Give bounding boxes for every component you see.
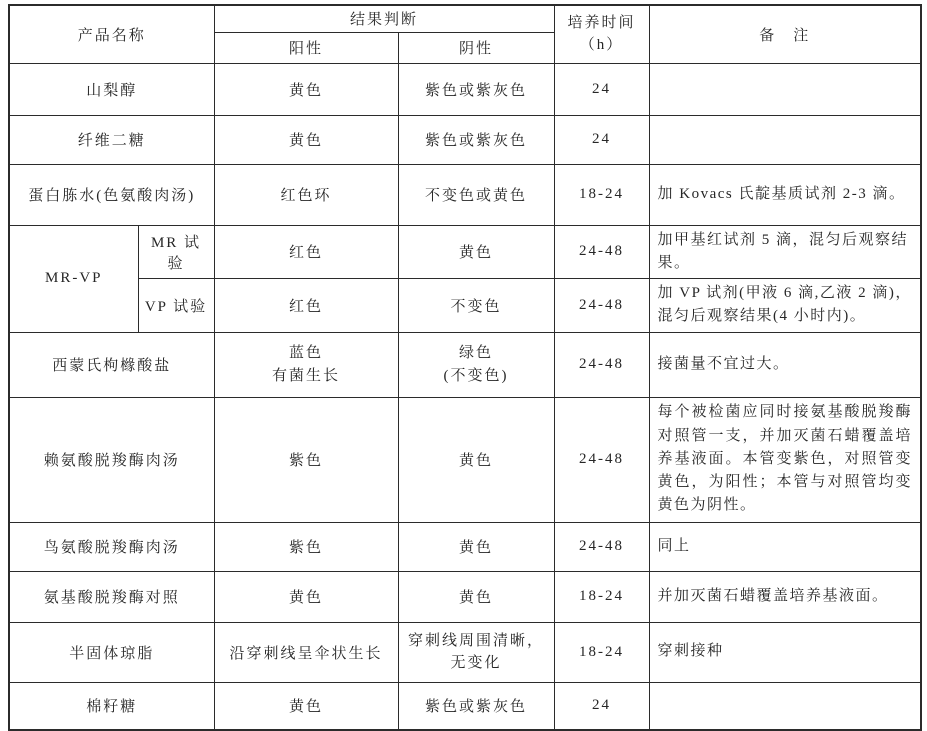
cell-negative: 不变色或黄色	[398, 164, 554, 225]
cell-negative-line2: (不变色)	[403, 365, 550, 388]
table-row: 鸟氨酸脱羧酶肉汤 紫色 黄色 24-48 同上	[9, 522, 921, 571]
cell-remark	[649, 115, 921, 164]
cell-positive: 黄色	[214, 115, 398, 164]
table-row: 半固体琼脂 沿穿刺线呈伞状生长 穿刺线周围清晰， 无变化 18-24 穿刺接种	[9, 622, 921, 682]
cell-positive-line2: 有菌生长	[219, 365, 394, 388]
table-row: 纤维二糖 黄色 紫色或紫灰色 24	[9, 115, 921, 164]
table-row: 山梨醇 黄色 紫色或紫灰色 24	[9, 63, 921, 115]
cell-product-name: 氨基酸脱羧酶对照	[9, 571, 214, 622]
cell-negative: 不变色	[398, 279, 554, 333]
cell-negative-line2: 无变化	[403, 652, 550, 675]
cell-negative-line1: 绿色	[403, 342, 550, 365]
cell-product-name: 纤维二糖	[9, 115, 214, 164]
cell-product-name: 鸟氨酸脱羧酶肉汤	[9, 522, 214, 571]
cell-negative: 黄色	[398, 522, 554, 571]
cell-time: 24-48	[554, 397, 649, 522]
cell-negative: 黄色	[398, 397, 554, 522]
cell-time: 24-48	[554, 225, 649, 279]
cell-product-name: 赖氨酸脱羧酶肉汤	[9, 397, 214, 522]
cell-remark: 并加灭菌石蜡覆盖培养基液面。	[649, 571, 921, 622]
cell-remark	[649, 682, 921, 730]
cell-positive: 红色	[214, 279, 398, 333]
cell-remark: 每个被检菌应同时接氨基酸脱羧酶对照管一支，并加灭菌石蜡覆盖培养基液面。本管变紫色…	[649, 397, 921, 522]
cell-remark	[649, 63, 921, 115]
table-row: VP 试验 红色 不变色 24-48 加 VP 试剂(甲液 6 滴,乙液 2 滴…	[9, 279, 921, 333]
cell-positive: 红色	[214, 225, 398, 279]
table-row: 赖氨酸脱羧酶肉汤 紫色 黄色 24-48 每个被检菌应同时接氨基酸脱羧酶对照管一…	[9, 397, 921, 522]
cell-time: 24	[554, 682, 649, 730]
cell-positive: 沿穿刺线呈伞状生长	[214, 622, 398, 682]
header-culture-time-line1: 培养时间	[559, 12, 645, 35]
cell-time: 24	[554, 115, 649, 164]
header-culture-time-line2: （h）	[559, 34, 645, 57]
cell-time: 18-24	[554, 164, 649, 225]
header-remark: 备 注	[649, 5, 921, 63]
cell-product-name: 棉籽糖	[9, 682, 214, 730]
cell-positive: 黄色	[214, 63, 398, 115]
test-results-table: 产品名称 结果判断 培养时间 （h） 备 注 阳性 阴性 山梨醇 黄色 紫色或紫…	[8, 4, 922, 731]
cell-time: 24-48	[554, 522, 649, 571]
cell-negative: 紫色或紫灰色	[398, 63, 554, 115]
cell-time: 24-48	[554, 332, 649, 397]
cell-remark: 加 Kovacs 氏靛基质试剂 2-3 滴。	[649, 164, 921, 225]
cell-positive: 黄色	[214, 571, 398, 622]
cell-remark: 同上	[649, 522, 921, 571]
cell-time: 24	[554, 63, 649, 115]
cell-product-name: 西蒙氏枸橼酸盐	[9, 332, 214, 397]
cell-sub-test-name: VP 试验	[138, 279, 214, 333]
header-result-judgment: 结果判断	[214, 5, 554, 32]
table-row: 蛋白胨水(色氨酸肉汤) 红色环 不变色或黄色 18-24 加 Kovacs 氏靛…	[9, 164, 921, 225]
results-table-document: 产品名称 结果判断 培养时间 （h） 备 注 阳性 阴性 山梨醇 黄色 紫色或紫…	[8, 4, 922, 731]
cell-product-name: 半固体琼脂	[9, 622, 214, 682]
cell-negative: 紫色或紫灰色	[398, 115, 554, 164]
cell-time: 24-48	[554, 279, 649, 333]
cell-remark: 加甲基红试剂 5 滴，混匀后观察结果。	[649, 225, 921, 279]
cell-negative: 绿色 (不变色)	[398, 332, 554, 397]
cell-negative: 黄色	[398, 225, 554, 279]
cell-product-name: 山梨醇	[9, 63, 214, 115]
header-product-name: 产品名称	[9, 5, 214, 63]
cell-negative: 黄色	[398, 571, 554, 622]
header-culture-time: 培养时间 （h）	[554, 5, 649, 63]
cell-positive: 红色环	[214, 164, 398, 225]
cell-remark: 接菌量不宜过大。	[649, 332, 921, 397]
cell-negative-line1: 穿刺线周围清晰，	[403, 630, 550, 653]
cell-product-name: 蛋白胨水(色氨酸肉汤)	[9, 164, 214, 225]
header-negative: 阴性	[398, 32, 554, 63]
table-row: 棉籽糖 黄色 紫色或紫灰色 24	[9, 682, 921, 730]
cell-negative: 紫色或紫灰色	[398, 682, 554, 730]
table-row: 氨基酸脱羧酶对照 黄色 黄色 18-24 并加灭菌石蜡覆盖培养基液面。	[9, 571, 921, 622]
cell-positive: 紫色	[214, 522, 398, 571]
cell-positive: 蓝色 有菌生长	[214, 332, 398, 397]
table-row: 西蒙氏枸橼酸盐 蓝色 有菌生长 绿色 (不变色) 24-48 接菌量不宜过大。	[9, 332, 921, 397]
cell-negative: 穿刺线周围清晰， 无变化	[398, 622, 554, 682]
cell-group-name: MR-VP	[9, 225, 138, 332]
header-positive: 阳性	[214, 32, 398, 63]
cell-remark: 加 VP 试剂(甲液 6 滴,乙液 2 滴)，混匀后观察结果(4 小时内)。	[649, 279, 921, 333]
cell-sub-test-name: MR 试验	[138, 225, 214, 279]
cell-time: 18-24	[554, 622, 649, 682]
cell-positive-line1: 蓝色	[219, 342, 394, 365]
cell-positive: 紫色	[214, 397, 398, 522]
cell-remark: 穿刺接种	[649, 622, 921, 682]
table-row: MR-VP MR 试验 红色 黄色 24-48 加甲基红试剂 5 滴，混匀后观察…	[9, 225, 921, 279]
cell-time: 18-24	[554, 571, 649, 622]
cell-positive: 黄色	[214, 682, 398, 730]
